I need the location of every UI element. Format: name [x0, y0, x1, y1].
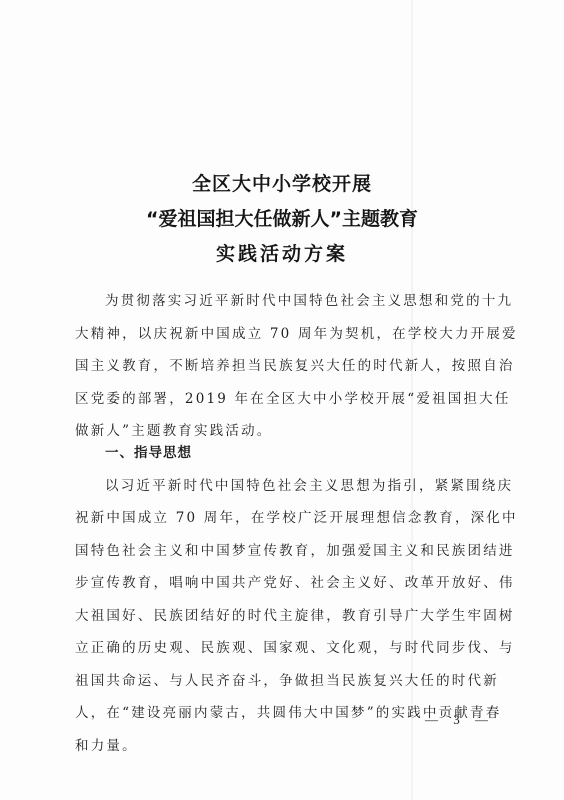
intro-paragraph: 为贯彻落实习近平新时代中国特色社会主义思想和党的十九 大精神，以庆祝新中国成立 … — [75, 285, 491, 448]
paragraph-line: 大精神，以庆祝新中国成立 70 周年为契机，在学校大力开展爱 — [75, 318, 491, 351]
title-line-3: 实践活动方案 — [0, 237, 564, 272]
paragraph-line: 大祖国好、民族团结好的时代主旋律，教育引导广大学生牢固树 — [75, 600, 491, 633]
paragraph-line: 祖国共命运、与人民齐奋斗，争做担当民族复兴大任的时代新 — [75, 665, 491, 698]
paragraph-line: 步宣传教育，唱响中国共产党好、社会主义好、改革开放好、伟 — [75, 567, 491, 600]
paragraph-line: 以习近平新时代中国特色社会主义思想为指引，紧紧围绕庆 — [75, 470, 491, 503]
title-line-2: “爱祖国担大任做新人”主题教育 — [0, 202, 564, 237]
section-heading: 一、指导思想 — [75, 437, 491, 470]
paragraph-line: 国主义教育，不断培养担当民族复兴大任的时代新人，按照自治 — [75, 350, 491, 383]
paragraph-line: 国特色社会主义和中国梦宣传教育，加强爱国主义和民族团结进 — [75, 535, 491, 568]
document-page: 全区大中小学校开展 “爱祖国担大任做新人”主题教育 实践活动方案 为贯彻落实习近… — [0, 0, 564, 800]
page-number: — 3 — — [425, 712, 494, 728]
document-title: 全区大中小学校开展 “爱祖国担大任做新人”主题教育 实践活动方案 — [0, 167, 564, 272]
paragraph-line: 为贯彻落实习近平新时代中国特色社会主义思想和党的十九 — [75, 285, 491, 318]
paragraph-line: 立正确的历史观、民族观、国家观、文化观，与时代同步伐、与 — [75, 632, 491, 665]
paragraph-line: 祝新中国成立 70 周年，在学校广泛开展理想信念教育，深化中 — [75, 502, 491, 535]
title-line-1: 全区大中小学校开展 — [0, 167, 564, 202]
paragraph-line: 区党委的部署，2019 年在全区大中小学校开展“爱祖国担大任 — [75, 383, 491, 416]
paragraph-line: 和力量。 — [75, 730, 491, 763]
